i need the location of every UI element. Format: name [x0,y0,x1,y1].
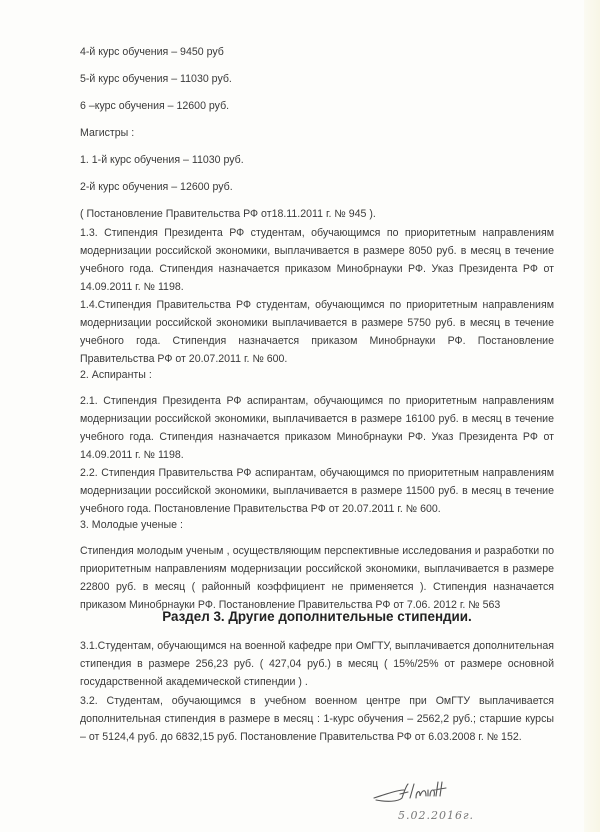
signature-date: 5.02.2016г. [398,809,474,822]
page-edge [584,0,600,832]
paragraph-3-body: Стипендия молодым ученым , осуществляющи… [80,542,554,614]
paragraph-2-2: 2.2. Стипендия Правительства РФ аспирант… [80,464,554,518]
line-course-4: 4-й курс обучения – 9450 руб [80,45,224,59]
paragraph-3-2: 3.2. Студентам, обучающимся в учебном во… [80,692,554,746]
line-masters-course-2: 2-й курс обучения – 12600 руб. [80,180,233,194]
signature-icon [372,778,452,808]
line-masters-course-1: 1. 1-й курс обучения – 11030 руб. [80,153,244,167]
line-course-5: 5-й курс обучения – 11030 руб. [80,72,232,86]
paragraph-2-1: 2.1. Стипендия Президента РФ аспирантам,… [80,392,554,464]
paragraph-1-3: 1.3. Стипендия Президента РФ студентам, … [80,224,554,296]
section-3-heading: Раздел 3. Другие дополнительные стипенди… [80,609,554,624]
line-masters: Магистры : [80,126,134,140]
paragraph-3-heading: 3. Молодые ученые : [80,516,554,534]
paragraph-3-1: 3.1.Студентам, обучающимся на военной ка… [80,637,554,691]
line-course-6: 6 –курс обучения – 12600 руб. [80,99,229,113]
line-decree-945: ( Постановление Правительства РФ от18.11… [80,207,376,221]
paragraph-1-4: 1.4.Стипендия Правительства РФ студентам… [80,296,554,368]
paragraph-2-heading: 2. Аспиранты : [80,366,554,384]
